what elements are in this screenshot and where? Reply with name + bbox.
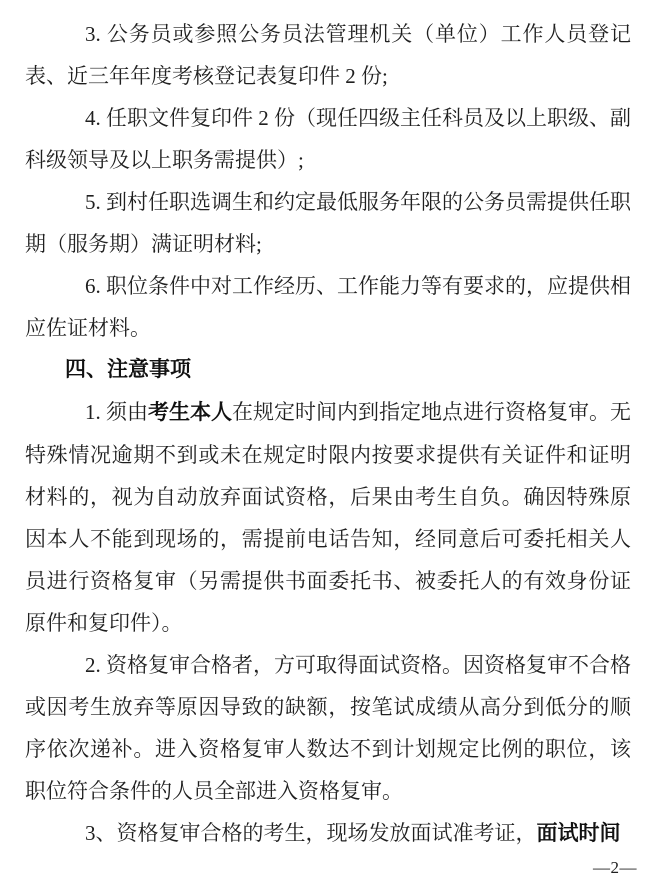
section-heading: 四、注意事项 xyxy=(25,349,631,391)
text-run: 1. 须由 xyxy=(85,400,148,424)
emphasis-text: 考生本人 xyxy=(148,401,232,424)
note-item-3: 3、资格复审合格的考生，现场发放面试准考证，面试时间 xyxy=(25,812,631,855)
list-item-3: 3. 公务员或参照公务员法管理机关（单位）工作人员登记表、近三年年度考核登记表复… xyxy=(25,13,631,97)
document-page: 3. 公务员或参照公务员法管理机关（单位）工作人员登记表、近三年年度考核登记表复… xyxy=(0,0,656,888)
text-run: 5. 到村任职选调生和约定最低服务年限的公务员需提供任职期（服务期）满证明材料; xyxy=(25,190,631,256)
text-run: 2. 资格复审合格者，方可取得面试资格。因资格复审不合格或因考生放弃等原因导致的… xyxy=(25,653,631,803)
document-body: 3. 公务员或参照公务员法管理机关（单位）工作人员登记表、近三年年度考核登记表复… xyxy=(25,13,631,855)
text-run: 3. 公务员或参照公务员法管理机关（单位）工作人员登记表、近三年年度考核登记表复… xyxy=(25,22,631,88)
page-number: —2— xyxy=(593,858,637,878)
text-run: 4. 任职文件复印件 2 份（现任四级主任科员及以上职级、副科级领导及以上职务需… xyxy=(25,106,631,172)
list-item-5: 5. 到村任职选调生和约定最低服务年限的公务员需提供任职期（服务期）满证明材料; xyxy=(25,181,631,265)
text-run: 在规定时间内到指定地点进行资格复审。无特殊情况逾期不到或未在规定时限内按要求提供… xyxy=(25,400,631,635)
list-item-6: 6. 职位条件中对工作经历、工作能力等有要求的，应提供相应佐证材料。 xyxy=(25,265,631,349)
emphasis-text: 四、注意事项 xyxy=(65,358,191,381)
text-run: 3、资格复审合格的考生，现场发放面试准考证， xyxy=(85,821,537,845)
note-item-2: 2. 资格复审合格者，方可取得面试资格。因资格复审不合格或因考生放弃等原因导致的… xyxy=(25,644,631,812)
note-item-1: 1. 须由考生本人在规定时间内到指定地点进行资格复审。无特殊情况逾期不到或未在规… xyxy=(25,391,631,644)
text-run: 6. 职位条件中对工作经历、工作能力等有要求的，应提供相应佐证材料。 xyxy=(25,274,631,340)
list-item-4: 4. 任职文件复印件 2 份（现任四级主任科员及以上职级、副科级领导及以上职务需… xyxy=(25,97,631,181)
emphasis-text: 面试时间 xyxy=(537,822,621,845)
